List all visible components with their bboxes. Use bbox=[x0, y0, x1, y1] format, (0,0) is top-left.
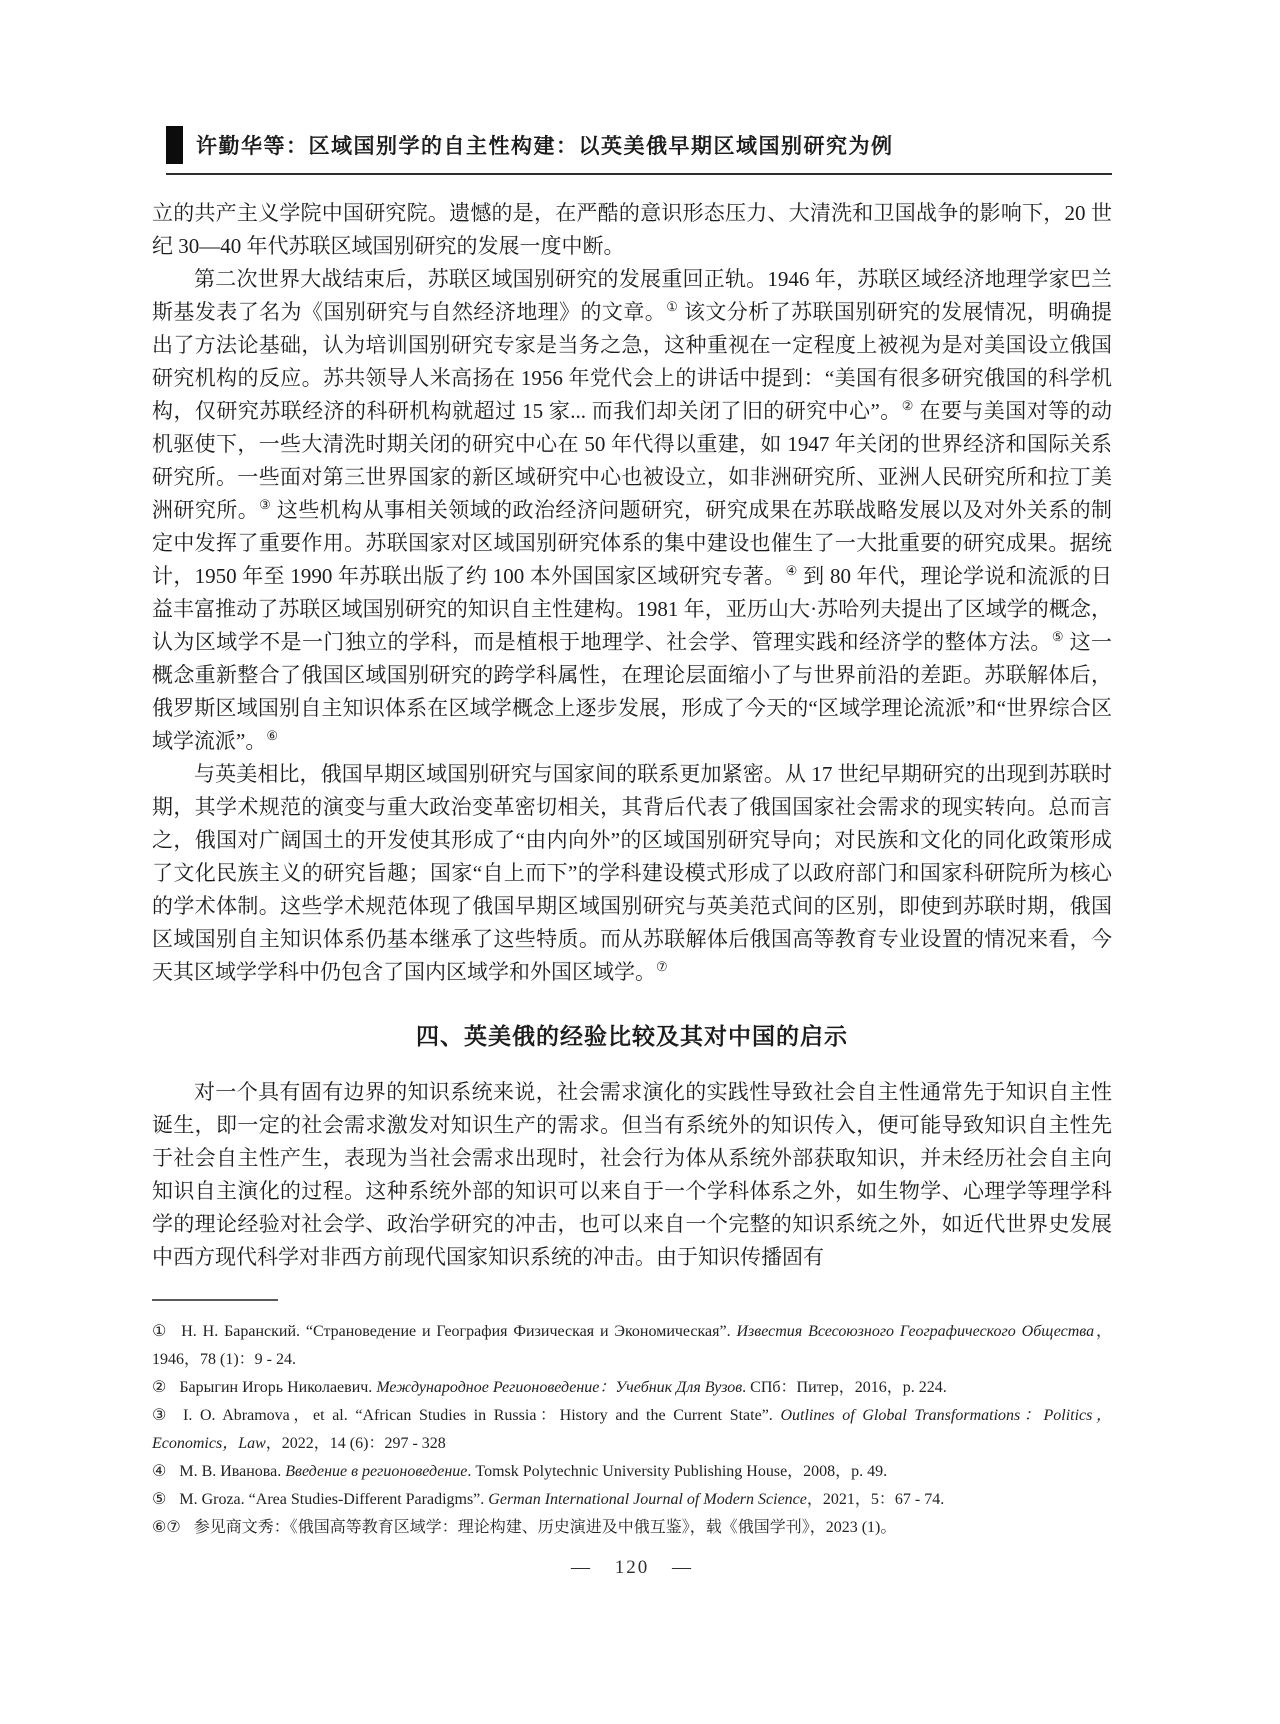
footnote-marker: ① bbox=[152, 1323, 181, 1340]
footnote-text: 参见商文秀：《俄国高等教育区域学：理论构建、历史演进及中俄互鉴》，载《俄国学刊》… bbox=[194, 1519, 897, 1536]
footnote-separator bbox=[152, 1299, 278, 1301]
footnote-marker: ③ bbox=[152, 1407, 183, 1424]
footnote-marker: ⑤ bbox=[152, 1491, 179, 1508]
page-number: — 120 — bbox=[152, 1557, 1112, 1579]
footnote-text: M. Groza. “Area Studies-Different Paradi… bbox=[179, 1491, 944, 1508]
footnote-marker: ④ bbox=[152, 1463, 179, 1480]
footnote: ⑤M. Groza. “Area Studies-Different Parad… bbox=[152, 1486, 1112, 1514]
body-paragraph: 与英美相比，俄国早期区域国别研究与国家间的联系更加紧密。从 17 世纪早期研究的… bbox=[152, 758, 1112, 989]
footnote-marker: ② bbox=[152, 1379, 179, 1396]
body-paragraph: 第二次世界大战结束后，苏联区域国别研究的发展重回正轨。1946 年，苏联区域经济… bbox=[152, 263, 1112, 758]
section-heading: 四、英美俄的经验比较及其对中国的启示 bbox=[152, 1018, 1112, 1051]
page-content: 许勤华等：区域国别学的自主性构建：以英美俄早期区域国别研究为例 立的共产主义学院… bbox=[152, 126, 1112, 1579]
body-paragraph: 立的共产主义学院中国研究院。遗憾的是，在严酷的意识形态压力、大清洗和卫国战争的影… bbox=[152, 197, 1112, 263]
footnote-text: Барыгин Игорь Николаевич. Международное … bbox=[179, 1379, 946, 1396]
footnote-text: I. O. Abramova，et al. “African Studies i… bbox=[152, 1407, 1112, 1452]
footnote: ③I. O. Abramova，et al. “African Studies … bbox=[152, 1402, 1112, 1458]
footnote: ①Н. Н. Баранский. “Страноведение и Геогр… bbox=[152, 1318, 1112, 1374]
footnote-text: Н. Н. Баранский. “Страноведение и Геогра… bbox=[152, 1323, 1112, 1368]
footnote: ②Барыгин Игорь Николаевич. Международное… bbox=[152, 1374, 1112, 1402]
footnote-marker: ⑥⑦ bbox=[152, 1519, 194, 1536]
header-accent-bar bbox=[166, 126, 183, 164]
running-header-title: 许勤华等：区域国别学的自主性构建：以英美俄早期区域国别研究为例 bbox=[196, 130, 894, 160]
footnote-block: ①Н. Н. Баранский. “Страноведение и Геогр… bbox=[152, 1299, 1112, 1542]
journal-page: 许勤华等：区域国别学的自主性构建：以英美俄早期区域国别研究为例 立的共产主义学院… bbox=[0, 0, 1280, 1724]
footnote-text: М. В. Иванова. Введение в регионоведение… bbox=[179, 1463, 887, 1480]
footnote: ④М. В. Иванова. Введение в регионоведени… bbox=[152, 1458, 1112, 1486]
running-header: 许勤华等：区域国别学的自主性构建：以英美俄早期区域国别研究为例 bbox=[166, 126, 1112, 175]
article-body: 立的共产主义学院中国研究院。遗憾的是，在严酷的意识形态压力、大清洗和卫国战争的影… bbox=[152, 197, 1112, 1274]
footnote: ⑥⑦参见商文秀：《俄国高等教育区域学：理论构建、历史演进及中俄互鉴》，载《俄国学… bbox=[152, 1514, 1112, 1542]
body-paragraph: 对一个具有固有边界的知识系统来说，社会需求演化的实践性导致社会自主性通常先于知识… bbox=[152, 1076, 1112, 1274]
